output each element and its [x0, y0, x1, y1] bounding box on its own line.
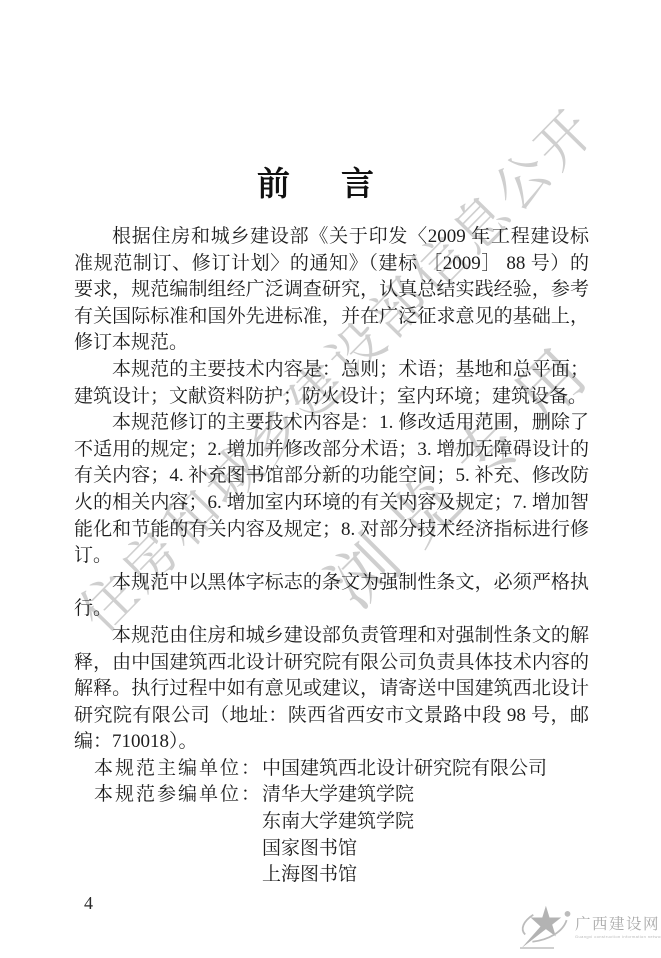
- paragraph-main-contents: 本规范的主要技术内容是：总则；术语；基地和总平面；建筑设计；文献资料防护；防火设…: [74, 357, 589, 410]
- participating-editor-item: 国家图书馆: [262, 836, 414, 863]
- paragraph-revision-contents: 本规范修订的主要技术内容是：1. 修改适用范围，删除了不适用的规定；2. 增加并…: [74, 410, 589, 570]
- participating-editors-label: 本规范参编单位：: [94, 782, 262, 809]
- content-layer: 前 言 根据住房和城乡建设部《关于印发〈2009 年工程建设标准规范制订、修订计…: [0, 0, 661, 958]
- page-number: 4: [84, 893, 93, 914]
- page-title: 前 言: [0, 158, 640, 205]
- participating-editors-list: 清华大学建筑学院 东南大学建筑学院 国家图书馆 上海图书馆: [262, 782, 414, 888]
- participating-editor-item: 东南大学建筑学院: [262, 809, 414, 836]
- paragraph-administration: 本规范由住房和城乡建设部负责管理和对强制性条文的解释，由中国建筑西北设计研究院有…: [74, 623, 589, 756]
- chief-editor-label: 本规范主编单位：: [94, 756, 262, 783]
- body-text: 根据住房和城乡建设部《关于印发〈2009 年工程建设标准规范制订、修订计划〉的通…: [74, 224, 589, 889]
- participating-editor-item: 上海图书馆: [262, 862, 414, 889]
- document-page: 住房和城乡建设部信息公开 浏览专用 前 言 根据住房和城乡建设部《关于印发〈20…: [0, 0, 661, 958]
- editing-units: 本规范主编单位： 中国建筑西北设计研究院有限公司 本规范参编单位： 清华大学建筑…: [94, 756, 589, 889]
- paragraph-mandatory-provisions: 本规范中以黑体字标志的条文为强制性条文，必须严格执行。: [74, 570, 589, 623]
- paragraph-basis: 根据住房和城乡建设部《关于印发〈2009 年工程建设标准规范制订、修订计划〉的通…: [74, 224, 589, 357]
- chief-editor-row: 本规范主编单位： 中国建筑西北设计研究院有限公司: [94, 756, 589, 783]
- participating-editor-item: 清华大学建筑学院: [262, 782, 414, 809]
- participating-editors-row: 本规范参编单位： 清华大学建筑学院 东南大学建筑学院 国家图书馆 上海图书馆: [94, 782, 589, 888]
- chief-editor-value: 中国建筑西北设计研究院有限公司: [262, 756, 547, 783]
